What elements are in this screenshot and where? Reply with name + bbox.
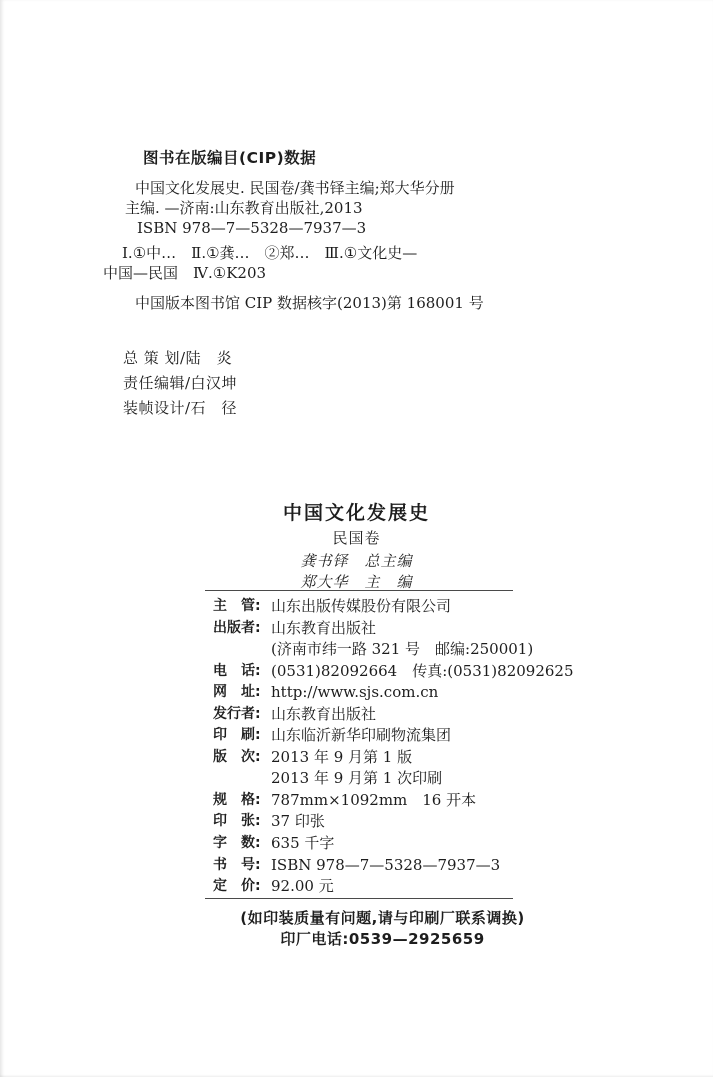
pub-value: 2013 年 9 月第 1 版 bbox=[271, 747, 513, 769]
pub-value: 山东教育出版社 bbox=[271, 618, 513, 640]
pub-row-sheets: 印 张: 37 印张 bbox=[213, 811, 513, 833]
pub-row-edition: 版 次: 2013 年 9 月第 1 版 bbox=[213, 747, 513, 769]
cip-classification-line1: Ⅰ.①中… Ⅱ.①龚… ②郑… Ⅲ.①文化史— bbox=[103, 243, 553, 263]
pub-value: 2013 年 9 月第 1 次印刷 bbox=[271, 768, 513, 790]
pub-value: http://www.sjs.com.cn bbox=[271, 682, 513, 704]
pub-label: 定 价: bbox=[213, 876, 271, 898]
pub-row-distributor: 发行者: 山东教育出版社 bbox=[213, 704, 513, 726]
pub-label: 主 管: bbox=[213, 596, 271, 618]
pub-value: (0531)82092664 传真:(0531)82092625 bbox=[271, 661, 574, 683]
pub-row-isbn: 书 号: ISBN 978—7—5328—7937—3 bbox=[213, 855, 513, 877]
pub-value: 37 印张 bbox=[271, 811, 513, 833]
pub-value: 92.00 元 bbox=[271, 876, 513, 898]
publication-info: 主 管: 山东出版传媒股份有限公司 出版者: 山东教育出版社 (济南市纬一路 3… bbox=[205, 590, 513, 899]
pub-value: 山东教育出版社 bbox=[271, 704, 513, 726]
pub-value: 山东临沂新华印刷物流集团 bbox=[271, 725, 513, 747]
pub-row-publisher: 出版者: 山东教育出版社 bbox=[213, 618, 513, 640]
cip-section: 图书在版编目(CIP)数据 中国文化发展史. 民国卷/龚书铎主编;郑大华分册 主… bbox=[103, 148, 553, 313]
pub-row-price: 定 价: 92.00 元 bbox=[213, 876, 513, 898]
pub-value: (济南市纬一路 321 号 邮编:250001) bbox=[271, 639, 533, 661]
copyright-page: 图书在版编目(CIP)数据 中国文化发展史. 民国卷/龚书铎主编;郑大华分册 主… bbox=[0, 0, 713, 1077]
credit-planner: 总 策 划/陆 炎 bbox=[123, 346, 237, 371]
pub-value: 635 千字 bbox=[271, 833, 513, 855]
pub-label: 书 号: bbox=[213, 855, 271, 877]
cip-registry: 中国版本图书馆 CIP 数据核字(2013)第 168001 号 bbox=[103, 293, 553, 313]
pub-row-format: 规 格: 787mm×1092mm 16 开本 bbox=[213, 790, 513, 812]
pub-row-phone: 电 话: (0531)82092664 传真:(0531)82092625 bbox=[213, 661, 513, 683]
pub-row-address: (济南市纬一路 321 号 邮编:250001) bbox=[213, 639, 513, 661]
book-volume: 民国卷 bbox=[0, 528, 713, 548]
cip-heading: 图书在版编目(CIP)数据 bbox=[103, 148, 553, 168]
quality-notice: (如印装质量有问题,请与印刷厂联系调换) 印厂电话:0539—2925659 bbox=[200, 908, 565, 950]
pub-value: 山东出版传媒股份有限公司 bbox=[271, 596, 513, 618]
pub-label bbox=[213, 768, 271, 790]
quality-notice-line1: (如印装质量有问题,请与印刷厂联系调换) bbox=[200, 908, 565, 929]
pub-value: 787mm×1092mm 16 开本 bbox=[271, 790, 513, 812]
pub-label: 印 刷: bbox=[213, 725, 271, 747]
pub-row-wordcount: 字 数: 635 千字 bbox=[213, 833, 513, 855]
pub-label: 版 次: bbox=[213, 747, 271, 769]
pub-label: 发行者: bbox=[213, 704, 271, 726]
quality-notice-line2: 印厂电话:0539—2925659 bbox=[200, 929, 565, 950]
pub-row-supervisor: 主 管: 山东出版传媒股份有限公司 bbox=[213, 596, 513, 618]
pub-label: 规 格: bbox=[213, 790, 271, 812]
cip-record-line1: 中国文化发展史. 民国卷/龚书铎主编;郑大华分册 bbox=[103, 178, 553, 198]
pub-label bbox=[213, 639, 271, 661]
chief-editor-line: 龚书铎 总主编 bbox=[0, 551, 713, 572]
credit-editor: 责任编辑/白汉坤 bbox=[123, 371, 237, 396]
pub-row-printer: 印 刷: 山东临沂新华印刷物流集团 bbox=[213, 725, 513, 747]
cip-classification-line2: 中国—民国 Ⅳ.①K203 bbox=[103, 263, 553, 283]
pub-label: 电 话: bbox=[213, 661, 271, 683]
cip-record-line2: 主编. —济南:山东教育出版社,2013 bbox=[103, 198, 553, 218]
staff-credits: 总 策 划/陆 炎 责任编辑/白汉坤 装帧设计/石 径 bbox=[123, 346, 237, 421]
pub-row-printing: 2013 年 9 月第 1 次印刷 bbox=[213, 768, 513, 790]
pub-row-website: 网 址: http://www.sjs.com.cn bbox=[213, 682, 513, 704]
cip-isbn: ISBN 978—7—5328—7937—3 bbox=[103, 218, 553, 238]
pub-label: 印 张: bbox=[213, 811, 271, 833]
credit-designer: 装帧设计/石 径 bbox=[123, 396, 237, 421]
pub-value: ISBN 978—7—5328—7937—3 bbox=[271, 855, 513, 877]
book-title: 中国文化发展史 bbox=[0, 502, 713, 525]
pub-label: 网 址: bbox=[213, 682, 271, 704]
pub-label: 出版者: bbox=[213, 618, 271, 640]
pub-label: 字 数: bbox=[213, 833, 271, 855]
title-block: 中国文化发展史 民国卷 龚书铎 总主编 郑大华 主 编 bbox=[0, 502, 713, 593]
